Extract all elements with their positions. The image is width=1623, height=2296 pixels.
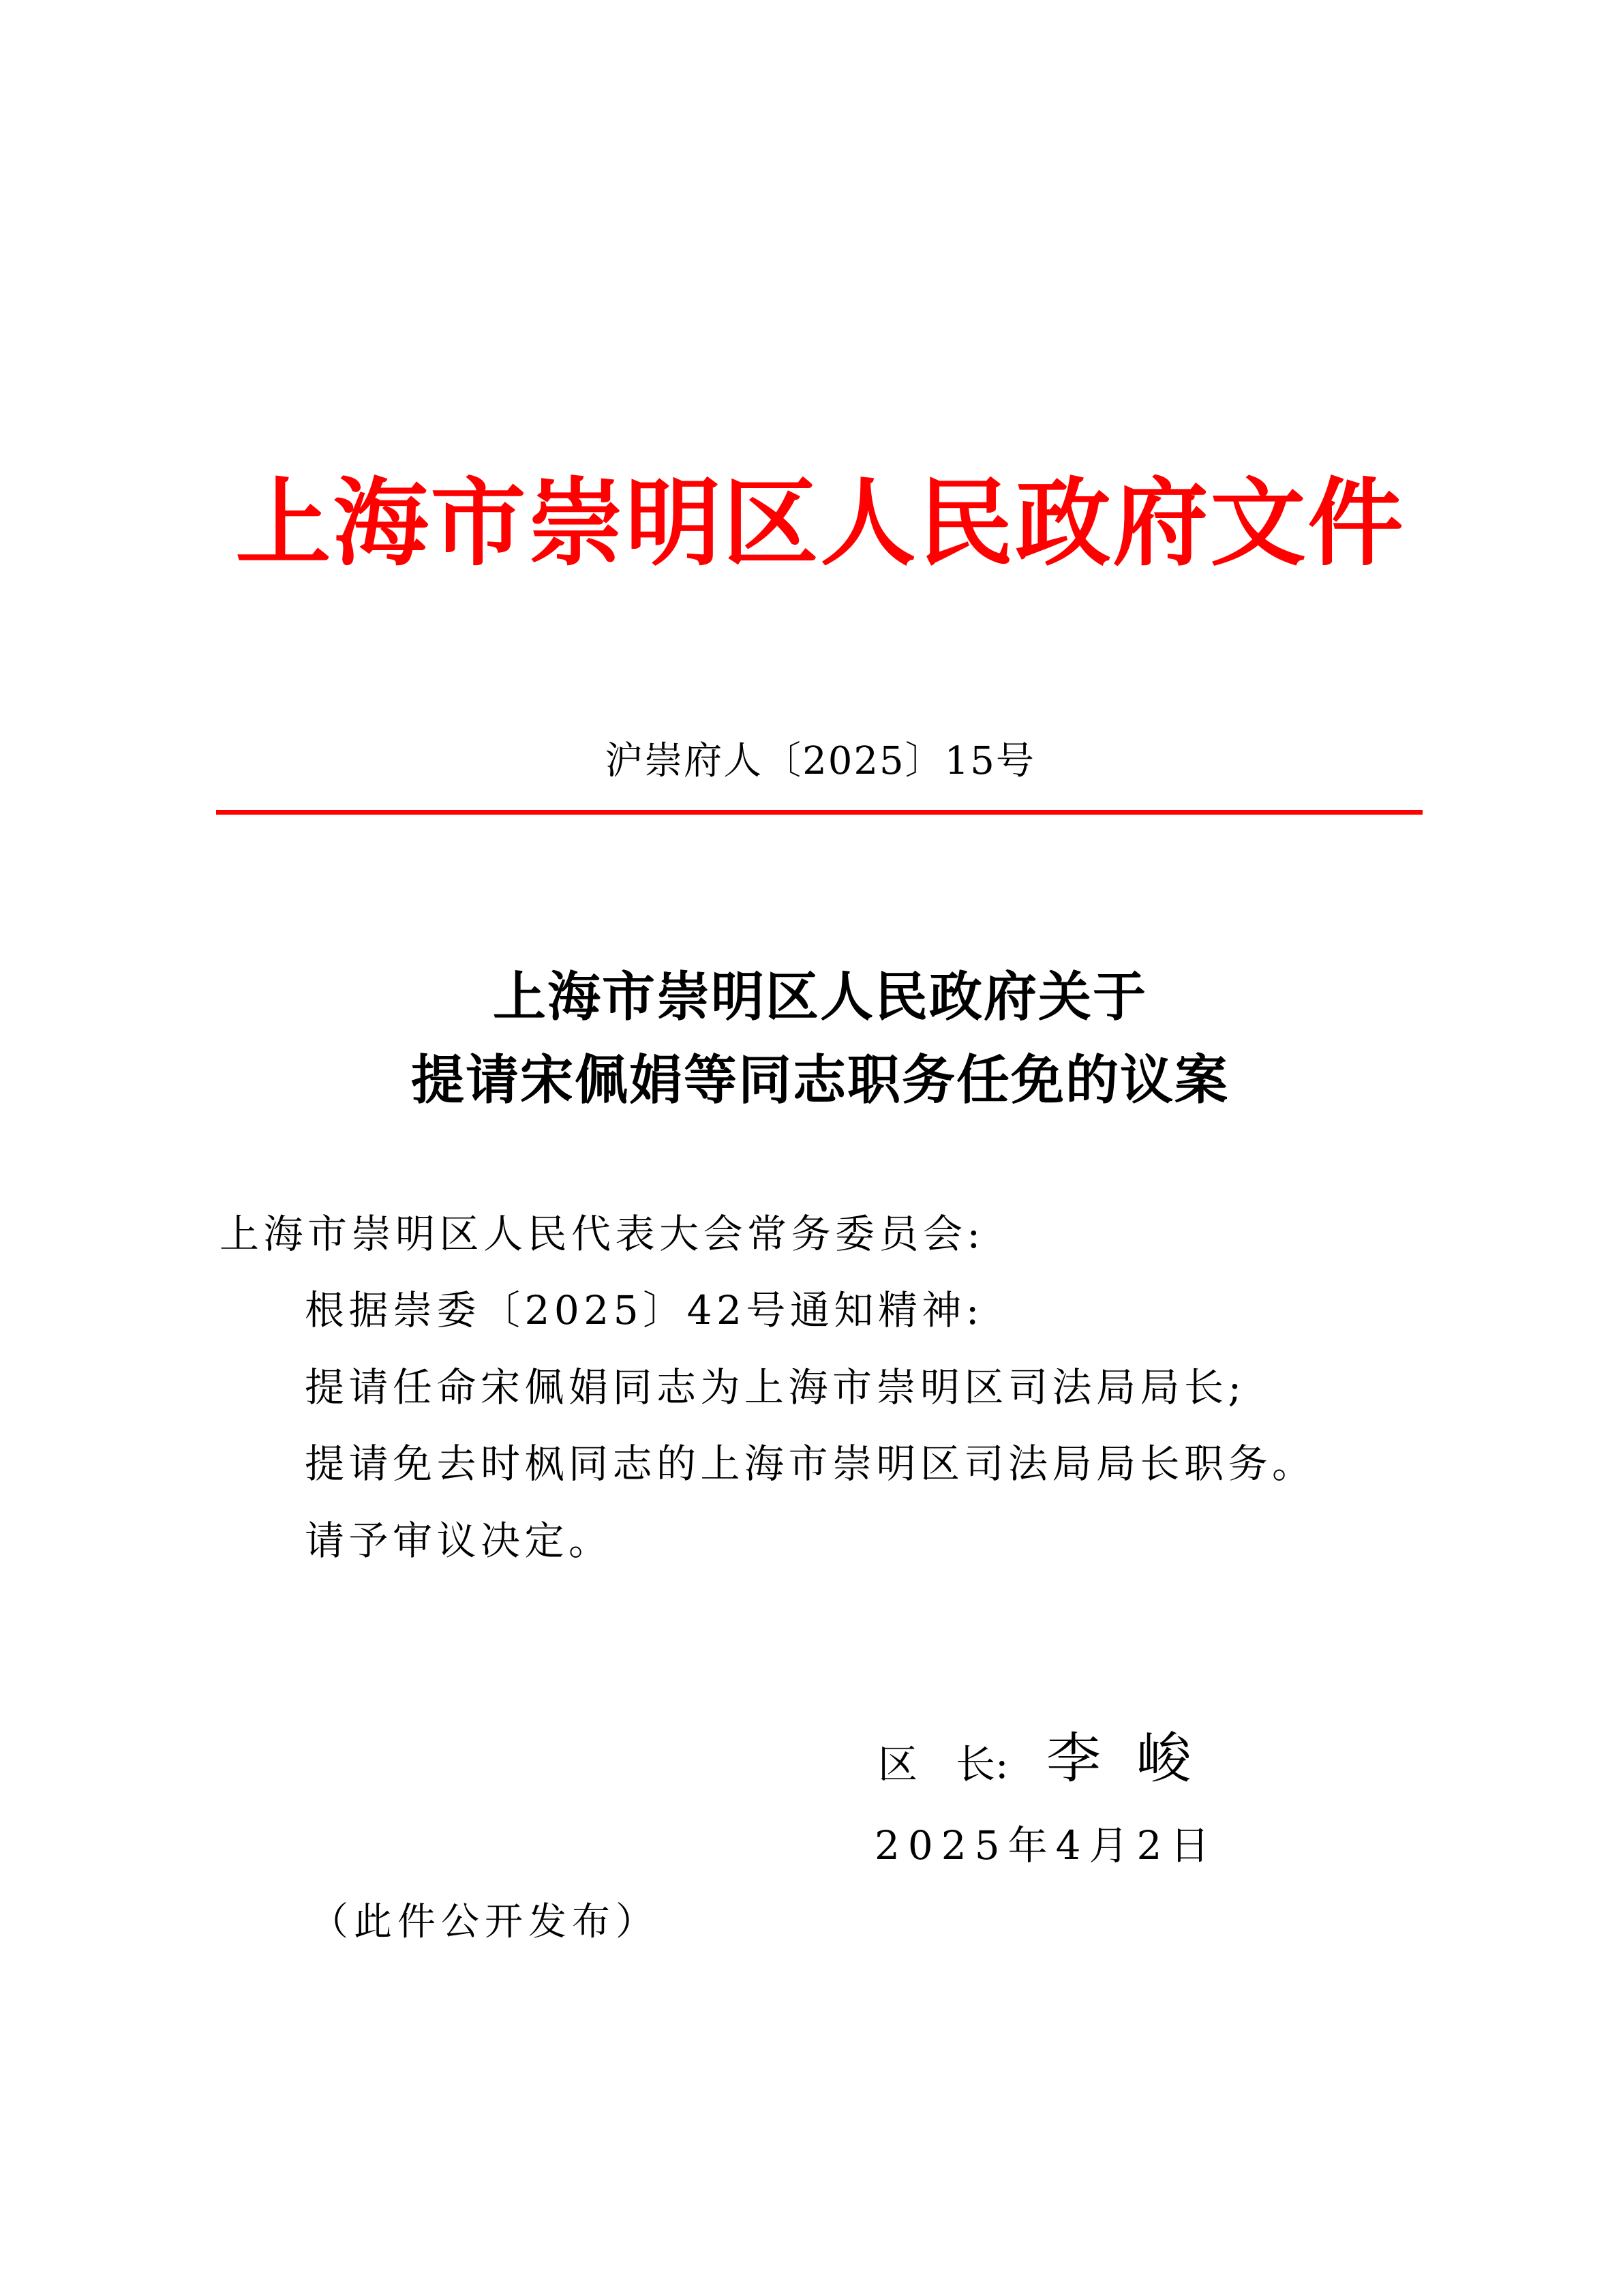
signature-title: 区长: — [878, 1740, 1009, 1788]
signature-title-char-1: 区 — [878, 1741, 917, 1787]
red-divider-rule — [216, 810, 1423, 815]
salutation: 上海市崇明区人民代表大会常务委员会: — [219, 1210, 985, 1258]
release-note: （此件公开发布） — [310, 1899, 659, 1946]
signature-name-char-1: 李 — [1046, 1727, 1101, 1790]
document-title-line-1: 上海市崇明区人民政府关于 — [217, 967, 1423, 1028]
signature-name: 李峻 — [1046, 1725, 1191, 1793]
body-paragraph-request: 请予审议决定。 — [305, 1517, 613, 1565]
document-title-line-2: 提请宋佩娟等同志职务任免的议案 — [217, 1050, 1423, 1111]
signature-title-char-2: 长: — [956, 1741, 1009, 1787]
body-paragraph-removal: 提请免去时枫同志的上海市崇明区司法局局长职务。 — [305, 1440, 1316, 1487]
document-date: 2025年4月2日 — [875, 1822, 1217, 1869]
document-masthead: 上海市崇明区人民政府文件 — [233, 469, 1408, 578]
signature-name-char-2: 峻 — [1136, 1727, 1191, 1790]
body-paragraph-basis: 根据崇委〔2025〕42号通知精神: — [305, 1286, 984, 1334]
body-paragraph-appointment: 提请任命宋佩娟同志为上海市崇明区司法局局长; — [305, 1363, 1246, 1411]
document-number: 沪崇府人〔2025〕15号 — [217, 738, 1423, 785]
